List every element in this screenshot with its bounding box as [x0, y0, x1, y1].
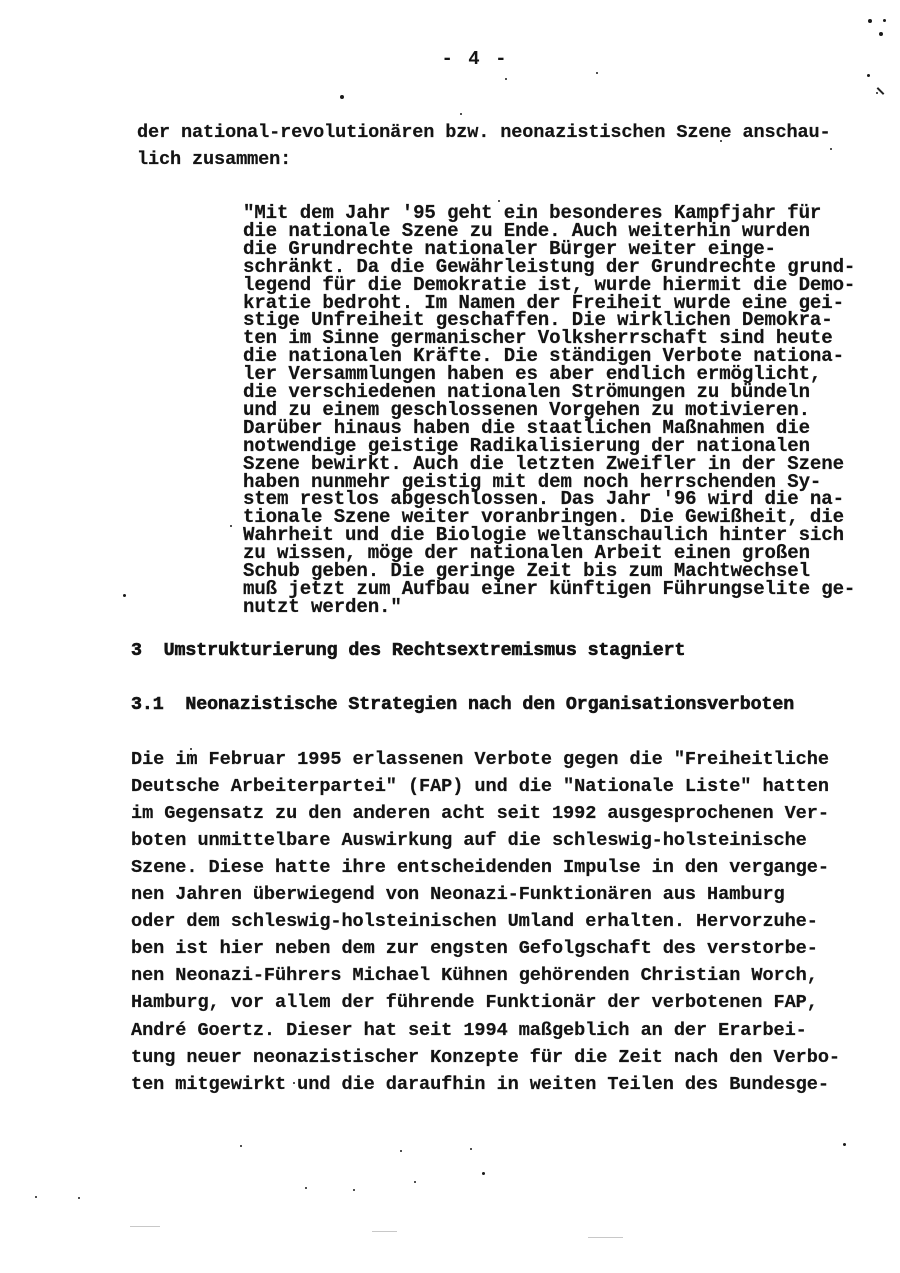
paragraph-line: oder dem schleswig-holsteinischen Umland…: [131, 911, 818, 932]
scan-speck: [883, 19, 886, 22]
scan-speck: [879, 32, 883, 36]
scan-speck: [867, 74, 870, 77]
paragraph-line: Hamburg, vor allem der führende Funktion…: [131, 992, 818, 1013]
scan-speck: [868, 19, 872, 23]
paragraph-line: im Gegensatz zu den anderen acht seit 19…: [131, 803, 829, 824]
scan-speck: [843, 1143, 846, 1146]
quote-line: nutzt werden.": [243, 596, 402, 618]
section-heading-3-1: 3.1 Neonazistische Strategien nach den O…: [131, 695, 794, 715]
scanned-document-page: - 4 - der national-revolutionären bzw. n…: [0, 0, 900, 1273]
scan-speck: [830, 148, 832, 150]
paragraph-line: nen Neonazi-Führers Michael Kühnen gehör…: [131, 965, 818, 986]
scan-speck: [340, 95, 344, 99]
scan-speck: [505, 78, 507, 80]
paragraph-line: Die im Februar 1995 erlassenen Verbote g…: [131, 749, 829, 770]
scan-speck: [876, 92, 878, 94]
paragraph-line: tung neuer neonazistischer Konzepte für …: [131, 1047, 840, 1068]
scan-rule: [130, 1226, 160, 1227]
paragraph-line: ten mitgewirkt und die daraufhin in weit…: [131, 1074, 829, 1095]
paragraph-line: André Goertz. Dieser hat seit 1994 maßge…: [131, 1020, 807, 1041]
scan-speck: [305, 1187, 307, 1189]
scan-speck: [482, 1172, 485, 1175]
scan-speck: [240, 1145, 242, 1147]
scan-speck: [400, 1150, 402, 1152]
scan-speck: [230, 525, 232, 527]
intro-line: lich zusammen:: [137, 149, 291, 170]
scan-speck: [755, 232, 757, 234]
paragraph-line: boten unmittelbare Auswirkung auf die sc…: [131, 830, 807, 851]
section-heading-3: 3 Umstrukturierung des Rechtsextremismus…: [131, 641, 685, 661]
scan-rule: [588, 1237, 623, 1238]
scan-speck: [353, 1189, 355, 1191]
intro-line: der national-revolutionären bzw. neonazi…: [137, 122, 831, 143]
scan-mark: [877, 87, 885, 95]
scan-rule: [372, 1231, 397, 1232]
paragraph-line: nen Jahren überwiegend von Neonazi-Funkt…: [131, 884, 785, 905]
scan-speck: [470, 1148, 472, 1150]
scan-speck: [78, 1197, 80, 1199]
scan-speck: [460, 113, 462, 115]
scan-speck: [35, 1196, 37, 1198]
scan-speck: [293, 1082, 295, 1084]
scan-speck: [190, 748, 192, 750]
paragraph-line: Szene. Diese hatte ihre entscheidenden I…: [131, 857, 829, 878]
scan-speck: [414, 1181, 416, 1183]
scan-speck: [596, 72, 598, 74]
paragraph-line: ben ist hier neben dem zur engsten Gefol…: [131, 938, 818, 959]
page-number: - 4 -: [0, 48, 900, 70]
scan-speck: [720, 140, 722, 142]
paragraph-line: Deutsche Arbeiterpartei" (FAP) und die "…: [131, 776, 829, 797]
scan-speck: [123, 594, 126, 597]
scan-speck: [498, 200, 500, 202]
